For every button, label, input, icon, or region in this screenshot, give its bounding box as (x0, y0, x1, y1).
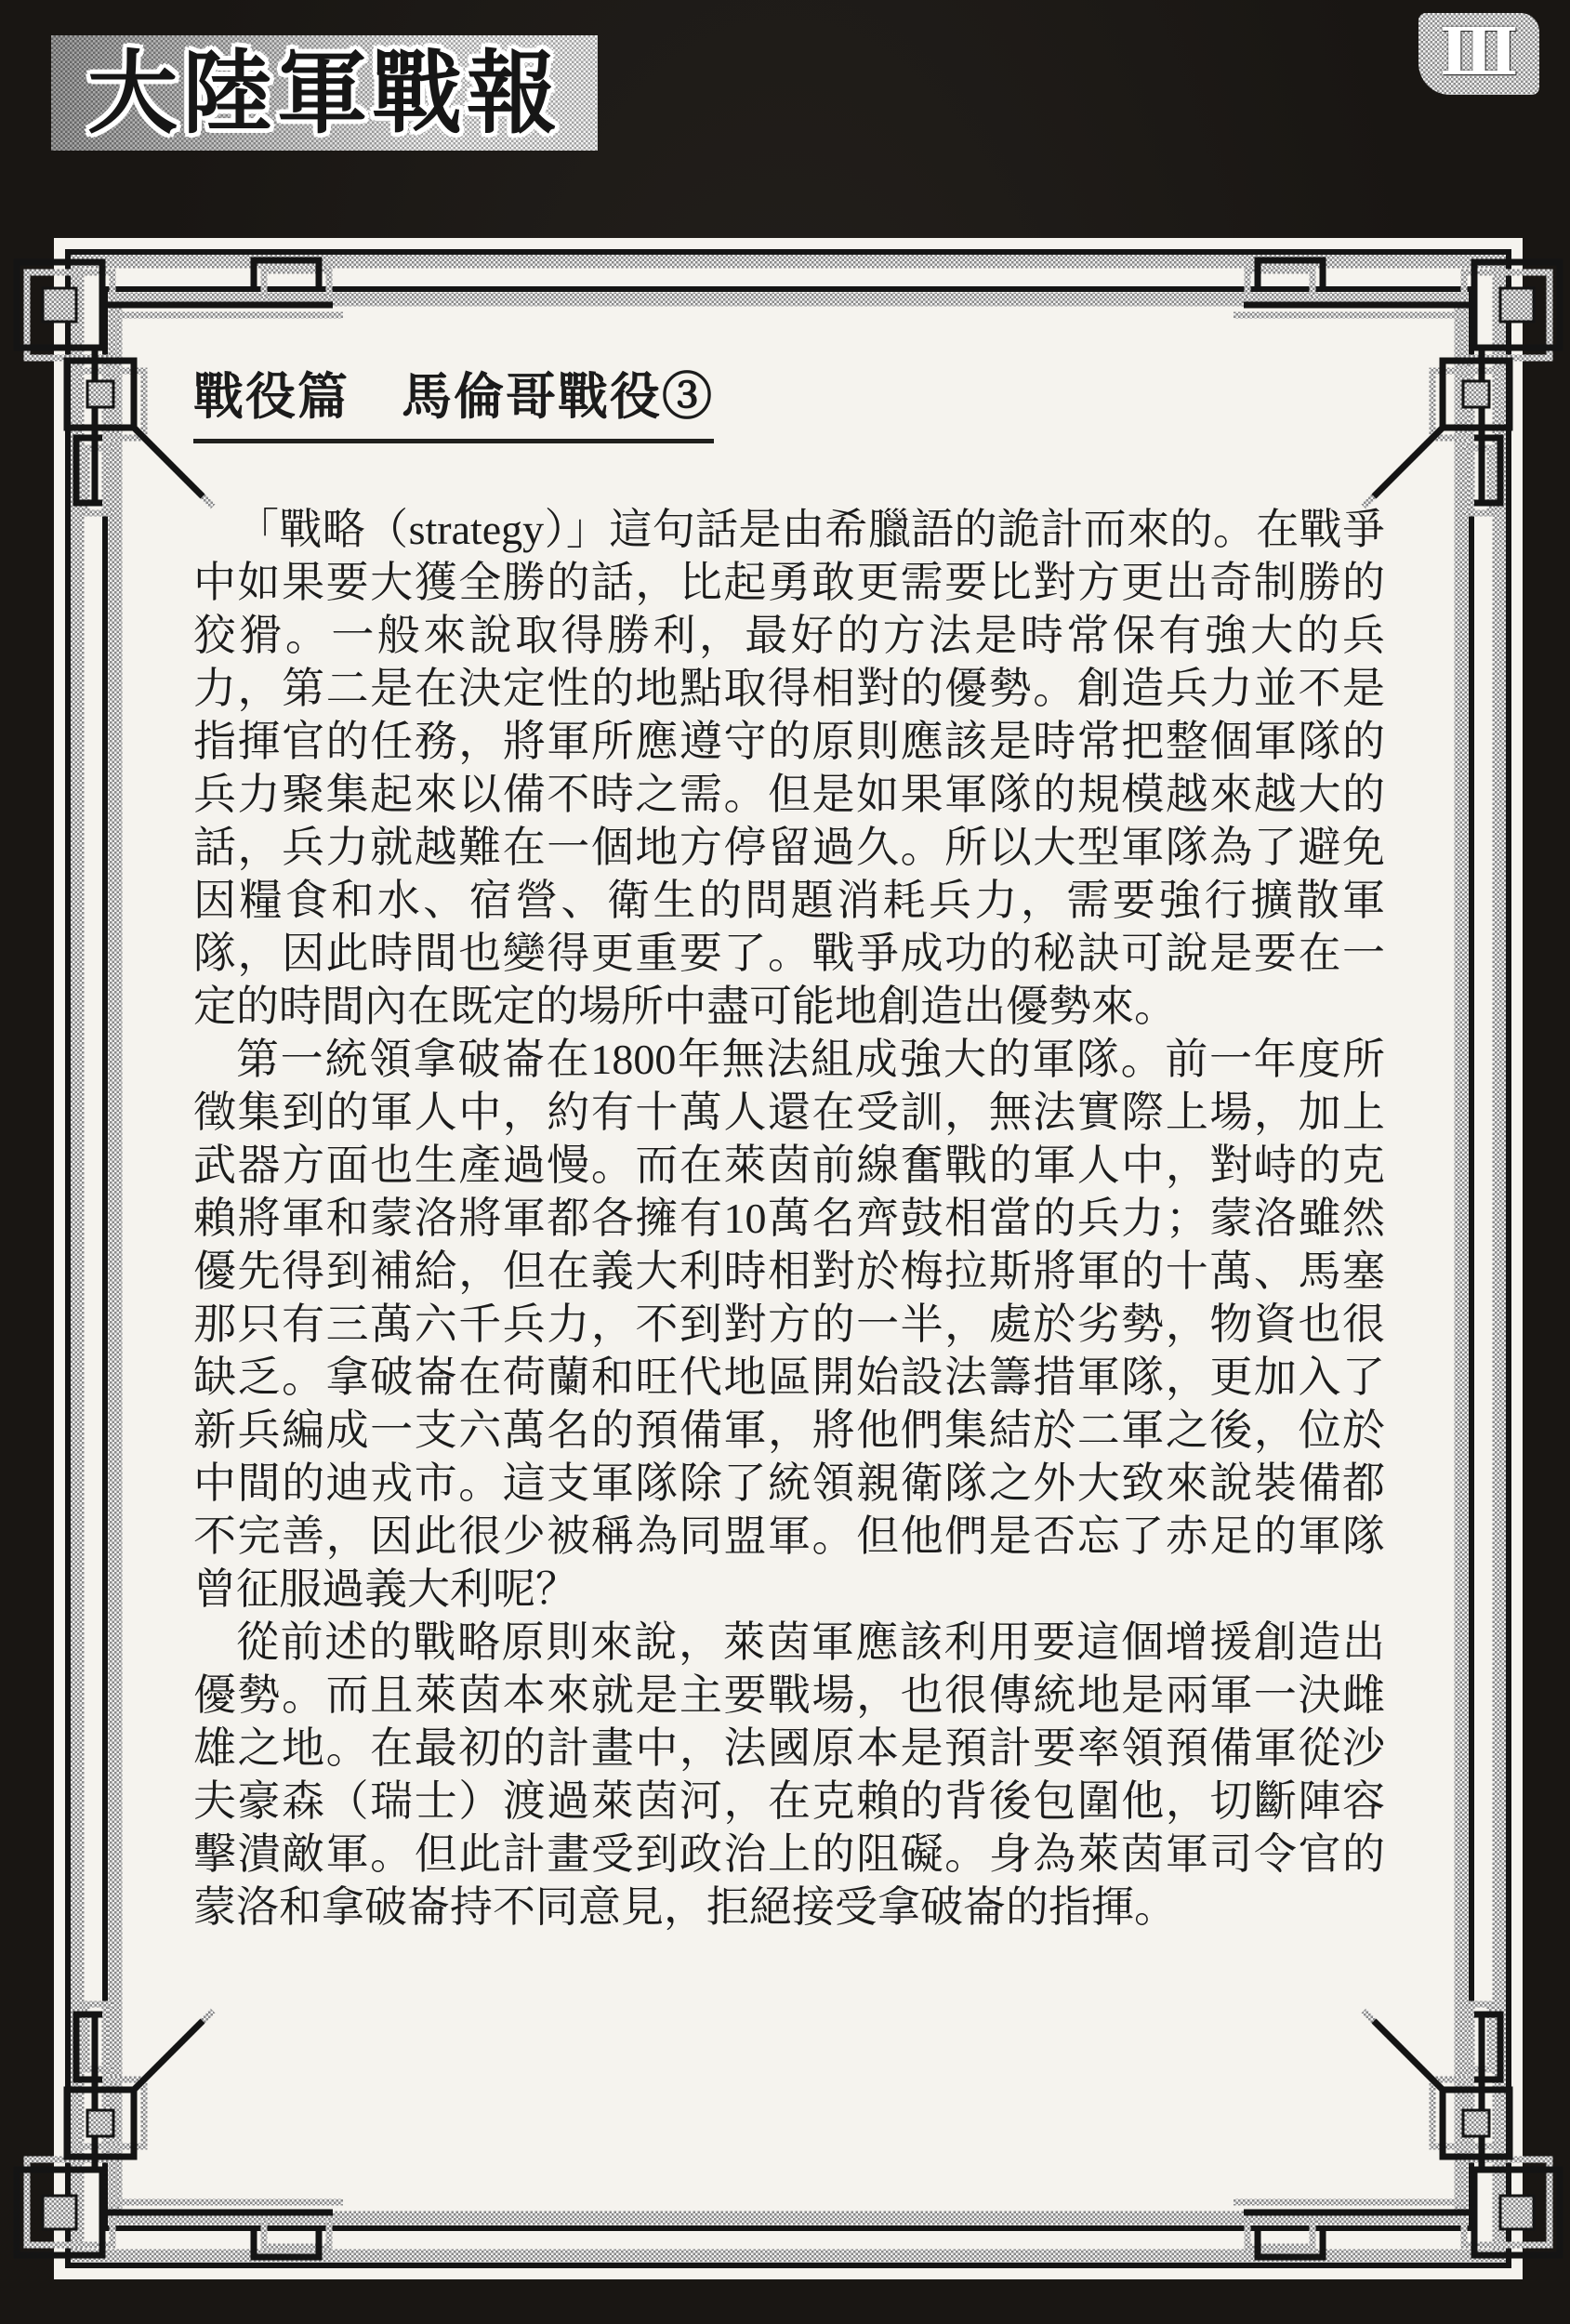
masthead-title: 大陸軍戰報 (87, 48, 561, 139)
article: 戰役篇 馬倫哥戰役③ 「戰略（strategy）」這句話是由希臘語的詭計而來的。… (193, 368, 1385, 1934)
content-panel: 戰役篇 馬倫哥戰役③ 「戰略（strategy）」這句話是由希臘語的詭計而來的。… (54, 238, 1523, 2279)
article-body: 「戰略（strategy）」這句話是由希臘語的詭計而來的。在戰爭中如果要大獲全勝… (193, 503, 1385, 1934)
page-number-badge: Ⅲ (1418, 13, 1539, 95)
scanned-page: 大陸軍戰報 Ⅲ (0, 0, 1570, 2324)
article-heading: 戰役篇 馬倫哥戰役③ (193, 368, 714, 443)
paragraph-1: 「戰略（strategy）」這句話是由希臘語的詭計而來的。在戰爭中如果要大獲全勝… (193, 503, 1385, 1033)
paragraph-2: 第一統領拿破崙在1800年無法組成強大的軍隊。前一年度所徵集到的軍人中，約有十萬… (193, 1033, 1385, 1616)
masthead-band: 大陸軍戰報 (51, 35, 598, 151)
page-number: Ⅲ (1439, 21, 1518, 86)
paragraph-3: 從前述的戰略原則來說，萊茵軍應該利用要這個增援創造出優勢。而且萊茵本來就是主要戰… (193, 1616, 1385, 1934)
